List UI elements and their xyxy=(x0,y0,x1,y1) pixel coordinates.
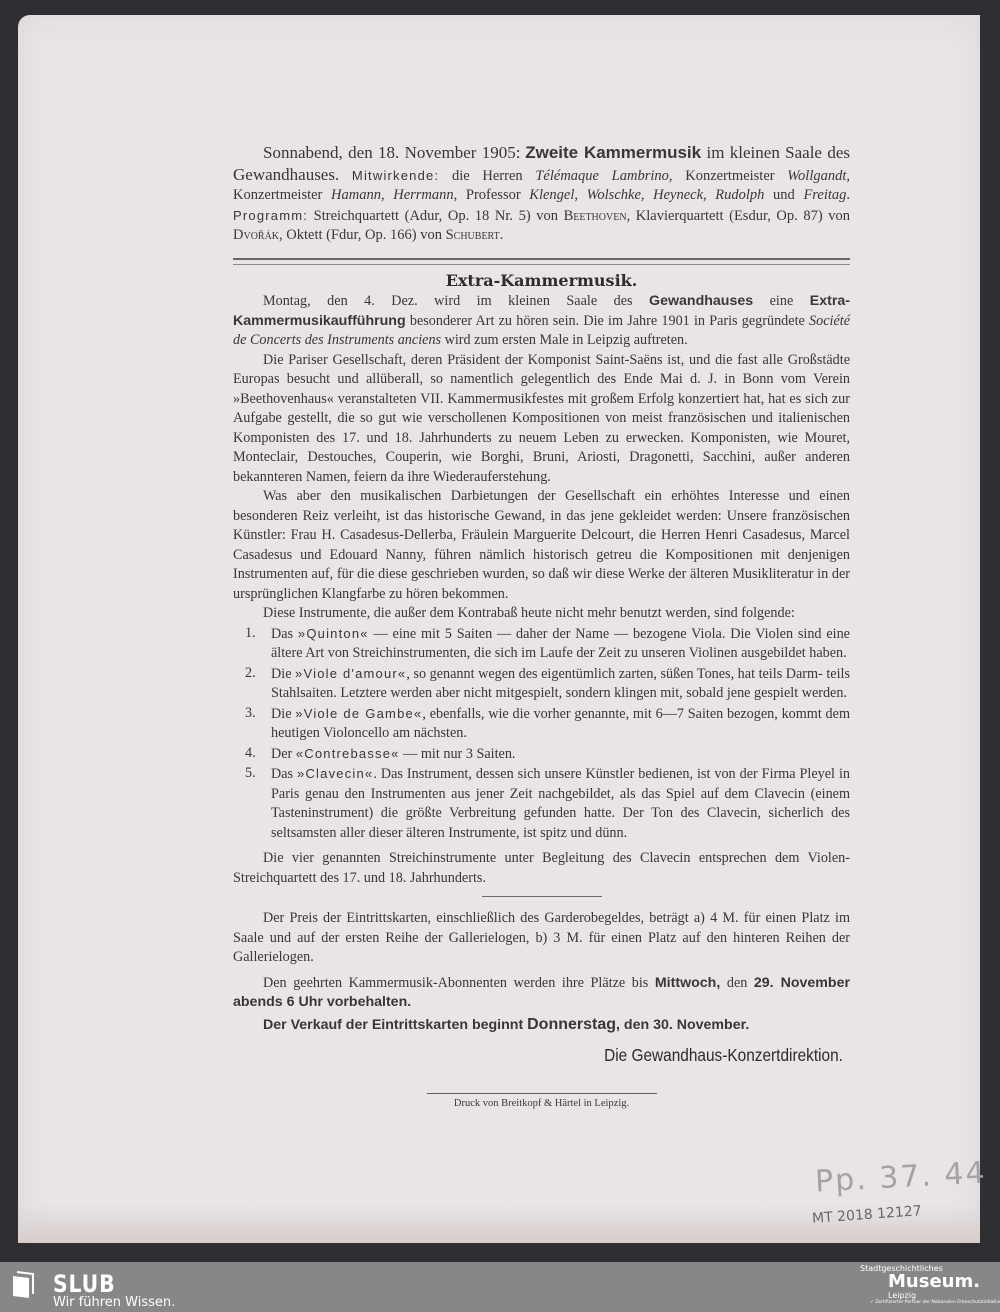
list-item: 4.Der «Contrebasse« — mit nur 3 Saiten. xyxy=(241,744,850,765)
list-item: 2.Die »Viole d'amour«, so genannt wegen … xyxy=(241,664,850,704)
instrument-name: »Viole d'amour« xyxy=(295,666,406,681)
herren-text: die Herren xyxy=(439,168,535,184)
text-run: den xyxy=(720,975,754,991)
paragraph-sale-start: Der Verkauf der Eintrittskarten beginnt … xyxy=(233,1015,850,1036)
printer-imprint: Druck von Breitkopf & Härtel in Leipzig. xyxy=(233,1098,850,1109)
performer-name: Freitag xyxy=(803,187,846,203)
program-composer: Beethoven xyxy=(564,208,627,224)
concert-notice-paragraph: Sonnabend, den 18. November 1905: Zweite… xyxy=(233,143,850,246)
paragraph-instruments-intro: Diese Instrumente, die außer dem Kontrab… xyxy=(233,604,850,624)
footer-bar: SLUB Wir führen Wissen. Stadtgeschichtli… xyxy=(0,1262,1000,1312)
paragraph-quartet: Die vier genannten Streichinstrumente un… xyxy=(233,849,850,888)
paragraph-performers: Was aber den musikalischen Darbietungen … xyxy=(233,487,850,604)
museum-logo-city: Leipzig xyxy=(888,1291,988,1300)
program-sep: , xyxy=(627,208,636,224)
text-run-bold: Mittwoch, xyxy=(655,975,720,991)
program-composer: Dvořák xyxy=(233,227,279,243)
performer-prefix: Professor xyxy=(466,187,529,203)
program-label: Programm: xyxy=(233,208,308,223)
performer-sep: . xyxy=(846,187,850,203)
list-number: 3. xyxy=(245,704,256,724)
slub-logo-icon xyxy=(13,1270,35,1298)
text-run: Montag, den 4. Dez. wird im kleinen Saal… xyxy=(263,293,649,309)
performer-prefix: Konzertmeister xyxy=(233,187,331,203)
text-run: wird zum ersten Male in Leipzig auftrete… xyxy=(441,332,688,348)
slub-tagline: Wir führen Wissen. xyxy=(53,1295,175,1310)
text-run-bold: Gewandhauses xyxy=(649,293,753,309)
sale-day: Donnerstag xyxy=(527,1016,616,1033)
performer-name: Herrmann xyxy=(393,187,453,203)
museum-logo-name: Museum. xyxy=(888,1273,988,1291)
slub-logo-text: SLUB xyxy=(53,1270,115,1298)
performer-name: Klengel xyxy=(529,187,574,203)
program-work: Streichquartett (Adur, Op. 18 Nr. 5) von xyxy=(308,208,563,224)
short-rule-divider xyxy=(482,896,602,897)
performer-sep: , xyxy=(454,187,466,203)
performer-prefix: Konzertmeister xyxy=(685,168,787,184)
text-run: Die xyxy=(271,706,295,722)
performer-sep: , xyxy=(703,187,715,203)
instrument-name: »Quinton« xyxy=(298,626,369,641)
double-rule-divider xyxy=(233,258,850,265)
paragraph-subscribers: Den geehrten Kammermusik-Abonnenten werd… xyxy=(233,974,850,1013)
text-run: besonderer Art zu hören sein. Die im Jah… xyxy=(406,313,809,329)
performer-name: Heyneck xyxy=(653,187,703,203)
text-run: Die xyxy=(271,666,295,682)
signature: Die Gewandhaus-Konzertdirektion. xyxy=(307,1045,850,1066)
performer-name: Hamann xyxy=(331,187,381,203)
list-number: 5. xyxy=(245,764,256,784)
text-run: Das xyxy=(271,766,297,782)
performer-sep: , xyxy=(381,187,393,203)
performer-name: Wolschke xyxy=(587,187,641,203)
list-item: 3.Die »Viole de Gambe«, ebenfalls, wie d… xyxy=(241,704,850,744)
performer-sep: , xyxy=(641,187,653,203)
performer-sep: , xyxy=(846,168,850,184)
museum-certification: ✓ Zertifizierter Partner der Nationalen … xyxy=(870,1300,988,1305)
paragraph-prices: Der Preis der Eintrittskarten, einschlie… xyxy=(233,909,850,968)
text-run-bold: , den 30. November. xyxy=(616,1017,749,1033)
list-item: 5.Das »Clavecin«. Das Instrument, dessen… xyxy=(241,764,850,843)
concert-date: Sonnabend, den 18. November 1905: xyxy=(263,143,520,162)
paragraph-announcement: Montag, den 4. Dez. wird im kleinen Saal… xyxy=(233,292,850,351)
text-run-bold: Der Verkauf der Eintrittskarten beginnt xyxy=(263,1017,527,1033)
instrument-name: »Clavecin« xyxy=(297,766,373,781)
museum-logo: Stadtgeschichtliches Museum. Leipzig ✓ Z… xyxy=(860,1264,988,1305)
list-item: 1.Das »Quinton« — eine mit 5 Saiten — da… xyxy=(241,624,850,664)
program-composer: Schubert xyxy=(446,227,500,243)
concert-title: Zweite Kammermusik xyxy=(525,143,701,162)
performer-name: Rudolph xyxy=(715,187,764,203)
performer-name: Télémaque Lambrino xyxy=(535,168,669,184)
text-run: Der xyxy=(271,746,296,762)
list-number: 2. xyxy=(245,664,256,684)
list-number: 1. xyxy=(245,624,256,644)
performer-sep: , xyxy=(574,187,586,203)
performer-sep: , xyxy=(669,168,685,184)
program-sep: . xyxy=(500,227,504,243)
instrument-list: 1.Das »Quinton« — eine mit 5 Saiten — da… xyxy=(233,624,850,844)
instrument-name: »Viole de Gambe« xyxy=(295,706,422,721)
text-run: — mit nur 3 Saiten. xyxy=(400,746,516,762)
program-work: Klavierquartett (Esdur, Op. 87) von xyxy=(636,208,850,224)
list-number: 4. xyxy=(245,744,256,764)
text-run: Das xyxy=(271,626,298,642)
section-title: Extra-Kammermusik. xyxy=(233,271,850,290)
performers-label: Mitwirkende: xyxy=(352,168,439,183)
text-run: Den geehrten Kammermusik-Abonnenten werd… xyxy=(263,975,655,991)
program-work: Oktett (Fdur, Op. 166) von xyxy=(286,227,445,243)
paragraph-society: Die Pariser Gesellschaft, deren Präsiden… xyxy=(233,351,850,488)
performer-name: Wollgandt xyxy=(787,168,846,184)
text-run: eine xyxy=(753,293,810,309)
printer-rule-divider xyxy=(427,1093,657,1094)
instrument-name: «Contrebasse« xyxy=(296,746,400,761)
performer-sep: und xyxy=(764,187,803,203)
extra-concert-body: Montag, den 4. Dez. wird im kleinen Saal… xyxy=(233,292,850,1109)
